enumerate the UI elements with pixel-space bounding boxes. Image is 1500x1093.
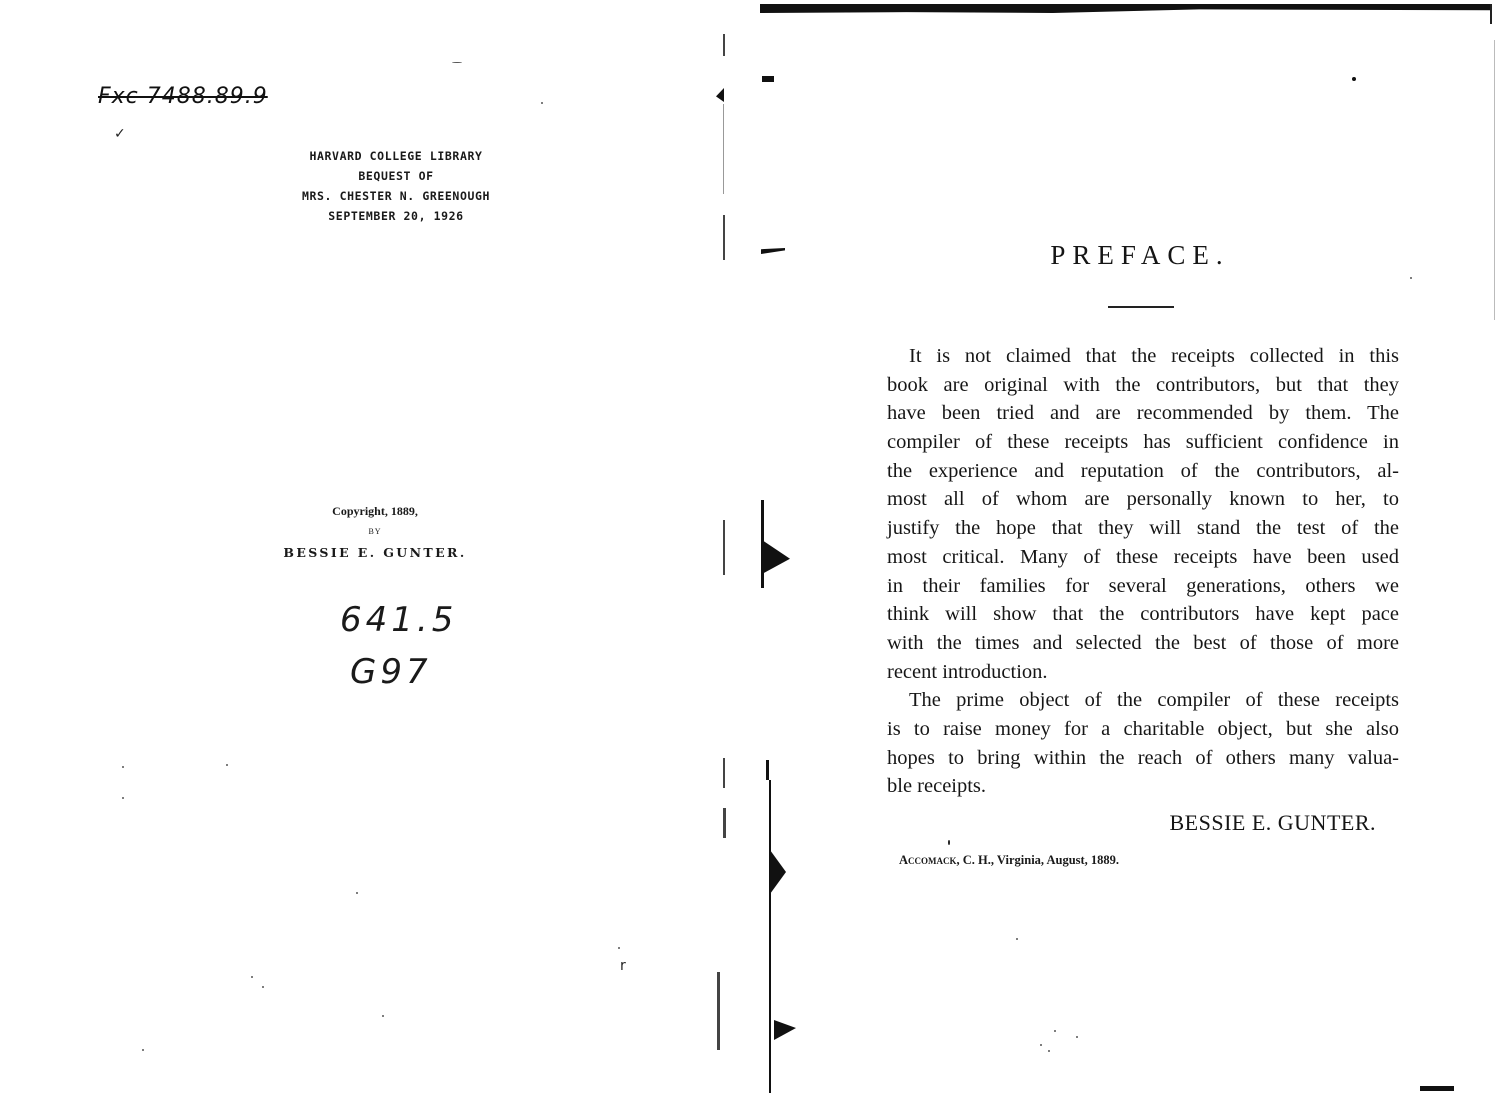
preface-line: ble receipts. <box>887 772 1399 801</box>
gutter-edge-left <box>723 215 725 260</box>
library-bookplate-stamp: HARVARD COLLEGE LIBRARY BEQUEST OF MRS. … <box>280 146 512 226</box>
preface-line: It is not claimed that the receipts coll… <box>887 342 1399 371</box>
preface-line: in their families for several generation… <box>887 572 1399 601</box>
gutter-edge-left <box>723 520 725 575</box>
preface-body: It is not claimed that the receipts coll… <box>887 342 1399 801</box>
scan-speck <box>1076 1036 1078 1038</box>
copyright-author: BESSIE E. GUNTER. <box>270 542 480 564</box>
place-name: Accomack <box>899 853 957 867</box>
stray-mark: r <box>620 958 626 974</box>
gutter-edge-left <box>723 758 725 788</box>
preface-line: is to raise money for a charitable objec… <box>887 715 1399 744</box>
preface-line: The prime object of the compiler of thes… <box>887 686 1399 715</box>
stamp-line-library: HARVARD COLLEGE LIBRARY <box>280 146 512 166</box>
gutter-edge-right <box>766 760 769 780</box>
scan-speck <box>1054 1030 1056 1032</box>
preface-line: think will show that the contributors ha… <box>887 600 1399 629</box>
preface-line: most critical. Many of these receipts ha… <box>887 543 1399 572</box>
handwritten-call-number: 641.5 G97 <box>340 594 457 698</box>
scan-speck <box>356 892 358 894</box>
call-number-class: 641.5 <box>340 594 457 646</box>
scan-speck <box>948 840 950 845</box>
stamp-line-date: SEPTEMBER 20, 1926 <box>280 206 512 226</box>
copyright-notice: Copyright, 1889, BY BESSIE E. GUNTER. <box>270 500 480 564</box>
preface-line: have been tried and are recommended by t… <box>887 399 1399 428</box>
preface-signature: BESSIE E. GUNTER. <box>1100 810 1376 836</box>
scan-speck <box>1048 1050 1050 1052</box>
preface-title: PREFACE. <box>960 240 1320 271</box>
gutter-edge-left <box>723 808 726 838</box>
gutter-edge-right <box>769 780 771 1093</box>
scan-speck <box>382 1015 384 1017</box>
preface-line: hopes to bring within the reach of other… <box>887 744 1399 773</box>
preface-line: compiler of these receipts has sufficien… <box>887 428 1399 457</box>
book-spread: Fxc 7488.89.9 ✓ HARVARD COLLEGE LIBRARY … <box>0 0 1500 1093</box>
scan-speck <box>452 62 462 63</box>
call-number-cutter: G97 <box>340 646 457 698</box>
scan-speck <box>142 1049 144 1051</box>
preface-line: with the times and selected the best of … <box>887 629 1399 658</box>
scan-speck <box>122 797 124 799</box>
title-rule-divider <box>1108 306 1174 308</box>
place-date-rest: , C. H., Virginia, August, 1889. <box>957 853 1120 867</box>
scan-speck <box>1040 1044 1042 1046</box>
scan-speck <box>251 976 253 978</box>
scan-speck <box>618 947 620 949</box>
preface-line: most all of whom are personally known to… <box>887 485 1399 514</box>
scan-speck <box>1016 938 1018 940</box>
scan-speck <box>1352 77 1356 81</box>
scan-speck <box>541 102 543 104</box>
preface-line: book are original with the contributors,… <box>887 371 1399 400</box>
check-mark-icon: ✓ <box>114 126 126 142</box>
gutter-mark <box>762 76 774 82</box>
copyright-by: BY <box>270 522 480 542</box>
scan-bottom-edge <box>1420 1086 1454 1091</box>
place-and-date: Accomack, C. H., Virginia, August, 1889. <box>899 853 1119 868</box>
preface-line: recent introduction. <box>887 658 1399 687</box>
scan-right-edge <box>1494 40 1495 320</box>
stamp-line-bequest: BEQUEST OF <box>280 166 512 186</box>
copyright-year: Copyright, 1889, <box>270 500 480 522</box>
scan-speck <box>122 766 124 768</box>
scan-speck <box>262 986 264 988</box>
stamp-line-donor: MRS. CHESTER N. GREENOUGH <box>280 186 512 206</box>
preface-line: the experience and reputation of the con… <box>887 457 1399 486</box>
gutter-edge-left <box>717 972 720 1050</box>
preface-line: justify the hope that they will stand th… <box>887 514 1399 543</box>
scan-right-edge <box>1490 4 1492 24</box>
gutter-edge-left <box>723 34 725 56</box>
scan-speck <box>226 764 228 766</box>
gutter-edge-left <box>723 104 724 194</box>
handwritten-shelfmark: Fxc 7488.89.9 <box>98 84 268 109</box>
scan-speck <box>1410 277 1412 279</box>
